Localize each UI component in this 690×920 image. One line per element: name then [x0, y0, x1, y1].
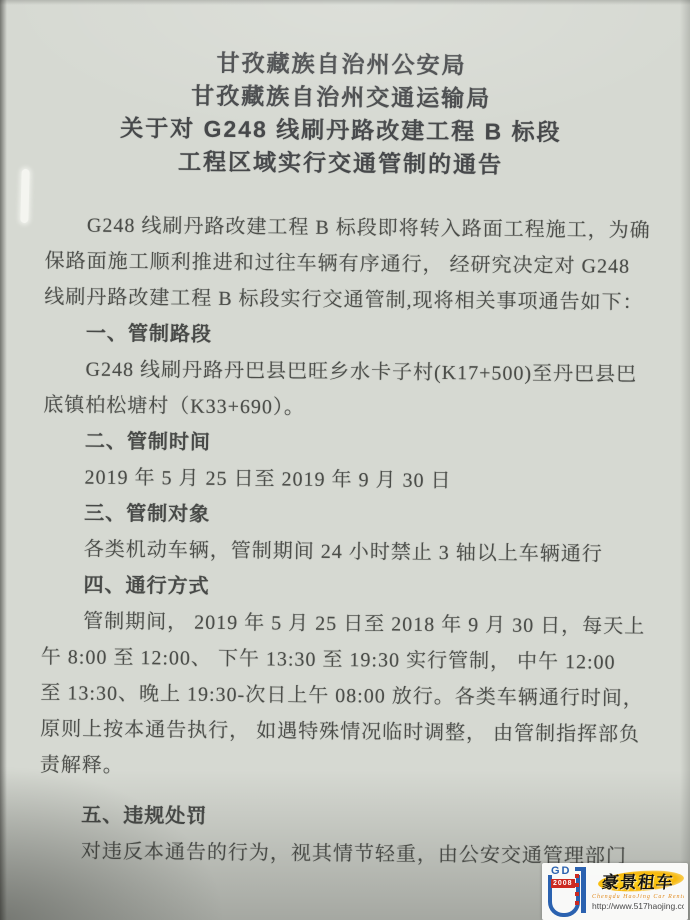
document-text-layer: 甘孜藏族自治州公安局 甘孜藏族自治州交通运输局 关于对 G248 线刷丹路改建工… [0, 0, 690, 920]
body-line: G248 线刷丹路丹巴县巴旺乡水卡子村(K17+500)至丹巴县巴 [43, 351, 643, 393]
body-line: 至 13:30、晚上 19:30-次日上午 08:00 放行。各类车辆通行时间， [40, 675, 640, 717]
brand-url: http://www.517haojing.com [592, 901, 684, 912]
section-heading-4: 四、通行方式 [41, 567, 641, 609]
body-line: G248 线刷丹路改建工程 B 标段即将转入路面工程施工，为确 [45, 207, 645, 249]
photographed-notice-document: 甘孜藏族自治州公安局 甘孜藏族自治州交通运输局 关于对 G248 线刷丹路改建工… [0, 0, 690, 920]
haojing-watermark-badge: GD 2008 豪景租车 Chengdu HaoJing Car Rental … [542, 863, 688, 920]
watermark-text-block: 豪景租车 Chengdu HaoJing Car Rental http://w… [592, 866, 684, 918]
document-title: 甘孜藏族自治州公安局 甘孜藏族自治州交通运输局 关于对 G248 线刷丹路改建工… [0, 45, 683, 184]
logo-red-dots [575, 874, 579, 905]
section-heading-1: 一、管制路段 [44, 315, 644, 357]
paper-reflection-streak [20, 169, 29, 223]
logo-vertical-bar [581, 867, 586, 913]
haojing-logo-icon: GD 2008 [546, 866, 592, 918]
body-line: 保路面施工顺利推进和过往车辆有序通行， 经研究决定对 G248 [44, 243, 644, 285]
document-body: G248 线刷丹路改建工程 B 标段即将转入路面工程施工，为确 保路面施工顺利推… [39, 207, 645, 875]
body-line: 底镇柏松塘村（K33+690）。 [43, 387, 643, 429]
body-line: 责解释。 [40, 747, 640, 789]
section-heading-2: 二、管制时间 [43, 423, 643, 465]
title-line-subject-2: 工程区域实行交通管制的通告 [0, 144, 682, 184]
body-line: 管制期间， 2019 年 5 月 25 日至 2018 年 9 月 30 日，每… [41, 603, 641, 645]
section-heading-5: 五、违规处罚 [39, 797, 639, 839]
body-line: 2019 年 5 月 25 日至 2019 年 9 月 30 日 [42, 459, 642, 501]
body-line: 原则上按本通告执行， 如遇特殊情况临时调整， 由管制指挥部负 [40, 711, 640, 753]
logo-year-badge: 2008 [551, 879, 575, 888]
section-heading-3: 三、管制对象 [42, 495, 642, 537]
brand-tagline: Chengdu HaoJing Car Rental [592, 893, 684, 901]
brand-name: 豪景租车 [592, 868, 684, 893]
body-line: 午 8:00 至 12:00、 下午 13:30 至 19:30 实行管制， 中… [41, 639, 641, 681]
body-line: 线刷丹路改建工程 B 标段实行交通管制,现将相关事项通告如下： [44, 279, 644, 321]
body-line: 各类机动车辆，管制期间 24 小时禁止 3 轴以上车辆通行 [42, 531, 642, 573]
